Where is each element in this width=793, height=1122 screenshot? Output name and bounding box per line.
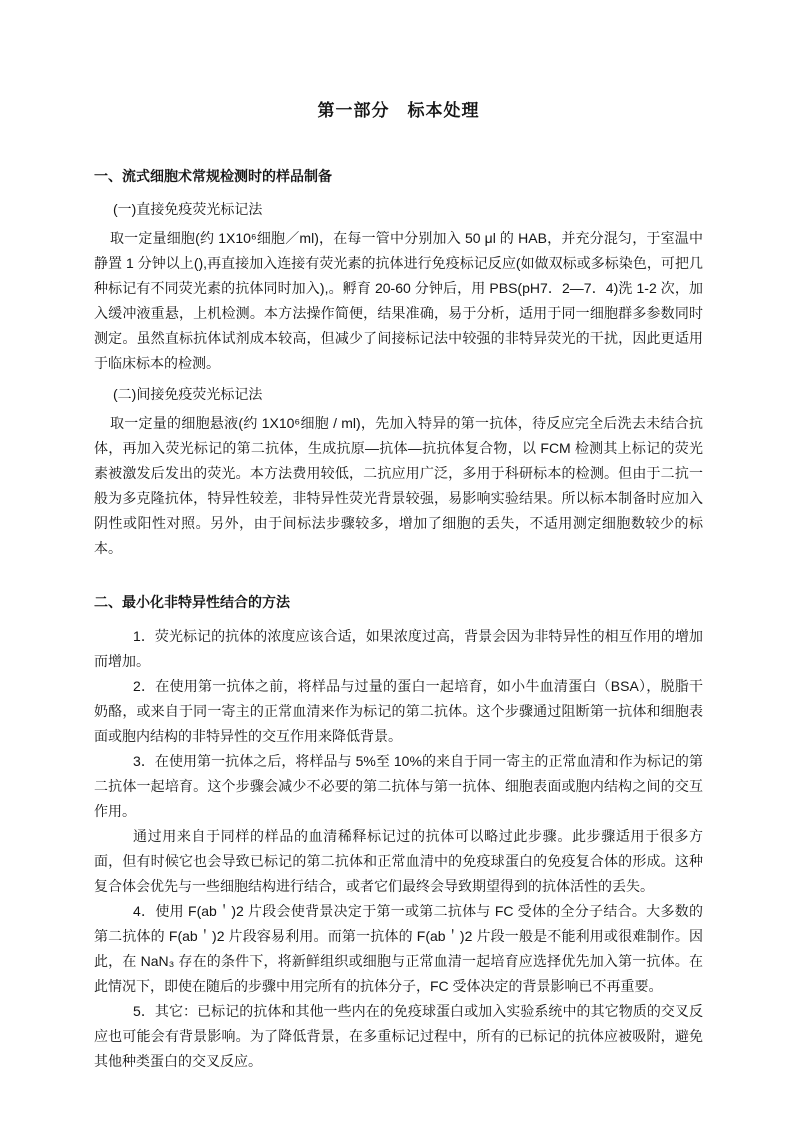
list-item-5: 5．其它：已标记的抗体和其他一些内在的免疫球蛋白或加入实验系统中的其它物质的交叉… [94, 999, 703, 1074]
list-item-4: 4．使用 F(ab＇)2 片段会使背景决定于第一或第二抗体与 FC 受体的全分子… [94, 899, 703, 999]
section-1-subheading-indirect-labeling: (二)间接免疫荧光标记法 [94, 383, 703, 405]
indirect-labeling-paragraph: 取一定量的细胞悬液(约 1X10⁶细胞 / ml)，先加入特异的第一抗体，待反应… [94, 411, 703, 561]
document-page: 第一部分 标本处理 一、流式细胞术常规检测时的样品制备 (一)直接免疫荧光标记法… [0, 0, 793, 1122]
list-item-3: 3．在使用第一抗体之后，将样品与 5%至 10%的来自于同一寄主的正常血清和作为… [94, 749, 703, 824]
list-item-2: 2．在使用第一抗体之前，将样品与过量的蛋白一起培育，如小牛血清蛋白（BSA），脱… [94, 674, 703, 749]
document-title: 第一部分 标本处理 [94, 96, 703, 121]
section-1-subheading-direct-labeling: (一)直接免疫荧光标记法 [94, 198, 703, 220]
list-item-3-note: 通过用来自于同样的样品的血清稀释标记过的抗体可以略过此步骤。此步骤适用于很多方面… [94, 824, 703, 899]
direct-labeling-paragraph: 取一定量细胞(约 1X10⁶细胞／ml)，在每一管中分别加入 50 μl 的 H… [94, 226, 703, 376]
section-1-heading: 一、流式细胞术常规检测时的样品制备 [94, 165, 703, 187]
list-item-1: 1．荧光标记的抗体的浓度应该合适，如果浓度过高，背景会因为非特异性的相互作用的增… [94, 624, 703, 674]
section-2-heading: 二、最小化非特异性结合的方法 [94, 591, 703, 613]
